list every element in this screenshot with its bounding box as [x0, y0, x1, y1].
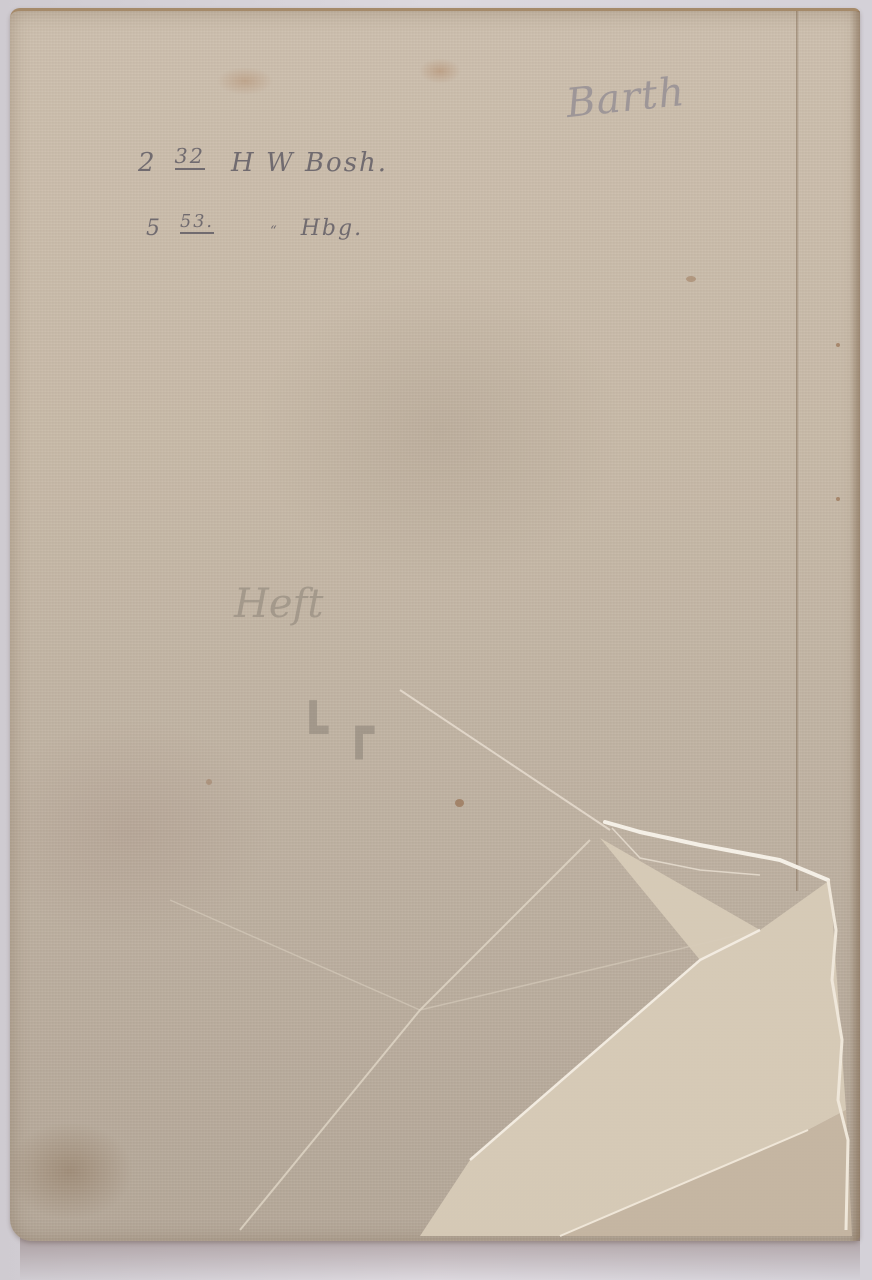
note-fraction: 53.	[180, 213, 214, 234]
paper-texture	[10, 11, 860, 1241]
spine-fold-line	[796, 11, 800, 891]
pencil-scrawl-top-right: Barth	[564, 69, 687, 127]
stain-dot	[836, 497, 840, 501]
book-back-cover: 232H W Bosh. 553.“Hbg. Barth Heft ┗ ┏	[10, 8, 860, 1241]
faint-pencil-mark: ┗ ┏	[298, 701, 374, 759]
faint-pencil-mark: Heft	[234, 581, 323, 627]
stain-dot	[206, 779, 212, 785]
note-fraction: 32	[175, 145, 205, 170]
note-text: Hbg.	[301, 216, 363, 241]
stain-dot	[836, 343, 840, 347]
book-shadow	[20, 1236, 860, 1280]
photo-scene: 232H W Bosh. 553.“Hbg. Barth Heft ┗ ┏	[0, 0, 872, 1280]
note-number: 5	[146, 216, 162, 241]
spine-edge	[850, 11, 860, 1241]
stain-dot	[455, 799, 464, 807]
stain-dot	[686, 276, 696, 282]
pencil-note-row-2: 553.“Hbg.	[146, 213, 363, 241]
pencil-note-row-1: 232H W Bosh.	[138, 145, 388, 178]
note-number: 2	[138, 148, 157, 178]
ditto-mark: “	[270, 224, 279, 239]
note-text: H W Bosh.	[231, 148, 388, 178]
